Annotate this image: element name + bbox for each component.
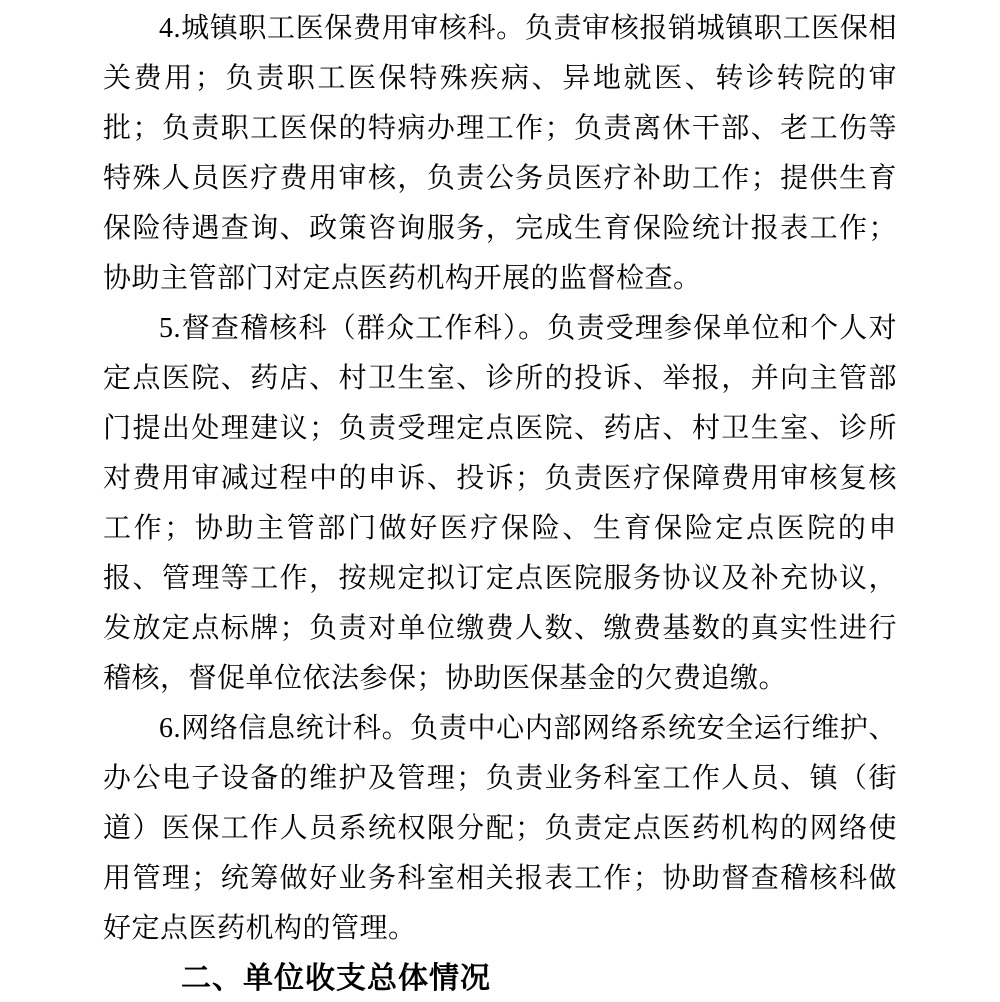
- section-heading-unit-income-expenditure: 二、单位收支总体情况: [103, 954, 897, 1002]
- document-page: 4.城镇职工医保费用审核科。负责审核报销城镇职工医保相关费用；负责职工医保特殊疾…: [0, 0, 1000, 1002]
- paragraph-section-6: 6.网络信息统计科。负责中心内部网络系统安全运行维护、办公电子设备的维护及管理；…: [103, 704, 897, 954]
- paragraph-section-4: 4.城镇职工医保费用审核科。负责审核报销城镇职工医保相关费用；负责职工医保特殊疾…: [103, 4, 897, 304]
- paragraph-section-5: 5.督查稽核科（群众工作科）。负责受理参保单位和个人对定点医院、药店、村卫生室、…: [103, 304, 897, 704]
